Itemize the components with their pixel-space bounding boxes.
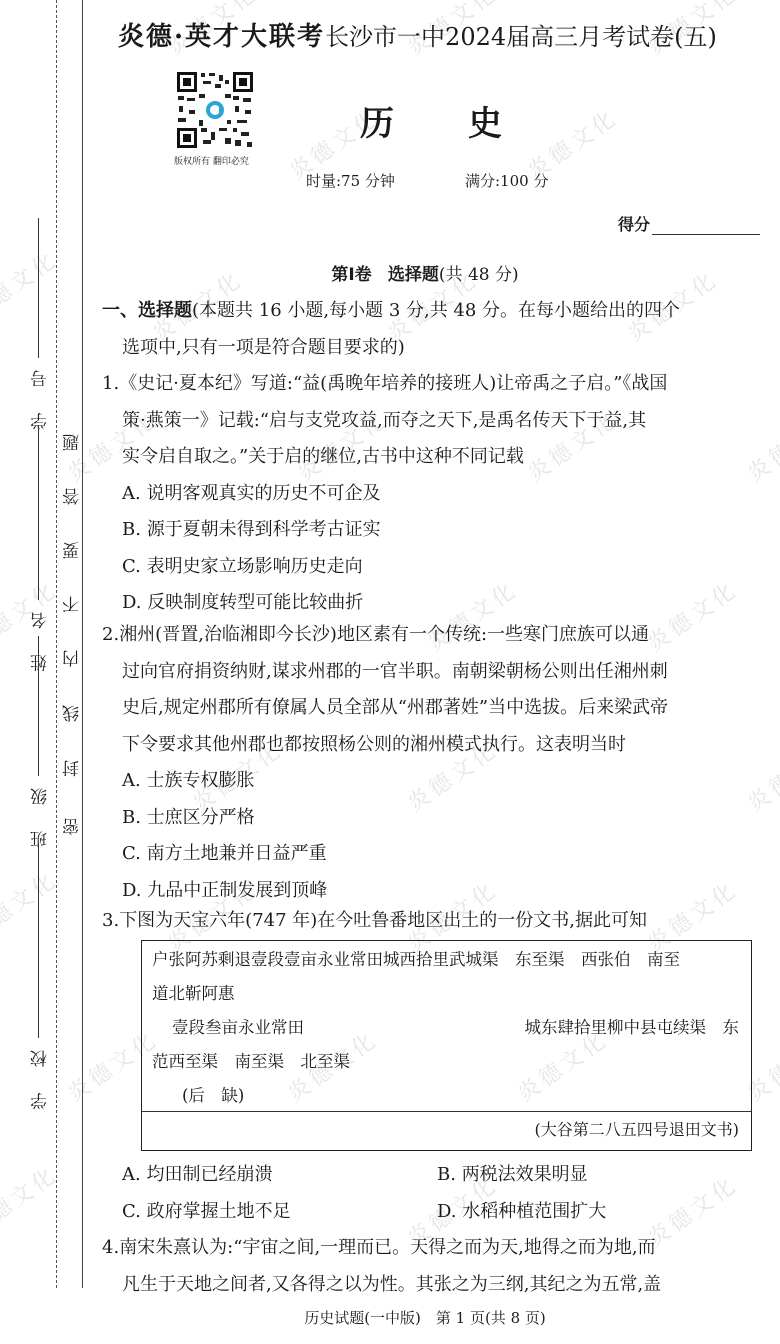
seal-char: 封 xyxy=(60,760,85,777)
historical-document-box: 户张阿苏剩退壹段壹亩永业常田城西拾里武城渠 东至渠 西张伯 南至 道北靳阿惠 壹… xyxy=(141,940,752,1151)
option-key: C. xyxy=(122,1201,141,1222)
question-stem-line: 《史记·夏本纪》写道:“益(禹晚年培养的接班人)让帝禹之子启。”《战国 xyxy=(119,373,667,394)
seal-char: 要 xyxy=(60,542,85,559)
question-3-options: A. 均田制已经崩溃 B. 两税法效果明显 C. 政府掌握土地不足 D. 水稻种… xyxy=(102,1157,767,1230)
section-points: (共 48 分) xyxy=(439,265,519,285)
document-line: 范西至渠 南至渠 北至渠 xyxy=(142,1045,751,1079)
question-number: 1. xyxy=(102,373,119,394)
question-number: 4. xyxy=(102,1237,119,1258)
question-4: 4.南宋朱熹认为:“宇宙之间,一理而已。天得之而为天,地得之而为地,而 凡生于天… xyxy=(102,1230,767,1303)
seal-char: 不 xyxy=(60,596,85,613)
school-field-line xyxy=(38,843,39,1038)
seal-char: 内 xyxy=(60,650,85,667)
option-text: 南方土地兼并日益严重 xyxy=(147,843,327,864)
student-id-label: 学 号 xyxy=(28,360,53,429)
option-d[interactable]: D. 水稻种植范围扩大 xyxy=(437,1194,606,1231)
brand-name: 炎德·英才大联考 xyxy=(118,22,325,52)
seal-char: 密 xyxy=(60,818,85,835)
score-label: 得分 xyxy=(618,215,650,234)
document-line-right: 城东肆拾里柳中县屯续渠 东 xyxy=(525,1011,740,1045)
option-key: C. xyxy=(122,843,141,864)
document-line: 户张阿苏剩退壹段壹亩永业常田城西拾里武城渠 东至渠 西张伯 南至 xyxy=(142,943,751,977)
option-b[interactable]: B. 士庶区分严格 xyxy=(102,800,767,837)
section-type: 选择题 xyxy=(388,265,439,285)
option-c[interactable]: C. 表明史家立场影响历史走向 xyxy=(102,549,767,586)
page-footer: 历史试题(一中版) 第 1 页(共 8 页) xyxy=(0,1307,780,1328)
document-line-left: 壹段叁亩永业常田 xyxy=(152,1018,304,1037)
option-key: A. xyxy=(122,1164,141,1185)
school-label: 学 校 xyxy=(28,1040,53,1109)
option-text: 均田制已经崩溃 xyxy=(146,1164,272,1185)
question-1: 1.《史记·夏本纪》写道:“益(禹晚年培养的接班人)让帝禹之子启。”《战国 策·… xyxy=(102,366,767,622)
full-score: 满分:100 分 xyxy=(465,170,548,191)
option-text: 水稻种植范围扩大 xyxy=(462,1201,606,1222)
time-limit: 时量:75 分钟 xyxy=(306,170,395,191)
watermark: 炎德文化 xyxy=(0,863,64,948)
name-field-line xyxy=(38,425,39,600)
subject-char-1: 历 xyxy=(360,96,394,145)
binding-line xyxy=(82,0,83,1288)
question-2: 2.湘州(晋置,治临湘即今长沙)地区素有一个传统:一些寒门庶族可以通 过向官府捐… xyxy=(102,617,767,909)
question-number: 2. xyxy=(102,624,119,645)
option-text: 源于夏朝未得到科学考古证实 xyxy=(147,519,381,540)
qr-code-icon xyxy=(175,70,255,150)
option-text: 政府掌握土地不足 xyxy=(147,1201,291,1222)
score-field: 得分 xyxy=(618,212,760,235)
part-one-heading: 一、选择题 xyxy=(102,300,192,321)
question-stem-line: 凡生于天地之间者,又各得之以为性。其张之为三纲,其纪之为五常,盖 xyxy=(102,1267,767,1304)
option-text: 士族专权膨胀 xyxy=(146,770,254,791)
option-c[interactable]: C. 南方土地兼并日益严重 xyxy=(102,836,767,873)
option-b[interactable]: B. 两税法效果明显 xyxy=(437,1157,588,1194)
option-text: 九品中正制发展到顶峰 xyxy=(147,880,327,901)
instruction-line: (本题共 16 小题,每小题 3 分,共 48 分。在每小题给出的四个 xyxy=(192,300,680,321)
section-part: 第Ⅰ卷 xyxy=(331,265,371,285)
option-b[interactable]: B. 源于夏朝未得到科学考古证实 xyxy=(102,512,767,549)
watermark: 炎德文化 xyxy=(0,1158,64,1243)
option-key: D. xyxy=(122,592,142,613)
option-key: A. xyxy=(122,483,141,504)
instruction-line: 选项中,只有一项是符合题目要求的) xyxy=(102,330,767,367)
question-3: 3.下图为天宝六年(747 年)在今吐鲁番地区出土的一份文书,据此可知 xyxy=(102,903,767,940)
part-one-instructions: 一、选择题(本题共 16 小题,每小题 3 分,共 48 分。在每小题给出的四个… xyxy=(102,293,767,366)
option-a[interactable]: A. 士族专权膨胀 xyxy=(102,763,767,800)
question-stem-line: 南宋朱熹认为:“宇宙之间,一理而已。天得之而为天,地得之而为地,而 xyxy=(119,1237,655,1258)
document-line-3: 壹段叁亩永业常田 城东肆拾里柳中县屯续渠 东 xyxy=(142,1011,751,1045)
class-label: 班 级 xyxy=(28,778,53,847)
question-number: 3. xyxy=(102,910,119,931)
seal-char: 答 xyxy=(60,488,85,505)
watermark: 炎德文化 xyxy=(0,243,64,328)
seal-char: 线 xyxy=(60,705,85,722)
question-stem-line: 实令启自取之。”关于启的继位,古书中这种不同记载 xyxy=(102,439,767,476)
option-key: B. xyxy=(437,1164,456,1185)
question-stem-line: 过向官府捐资纳财,谋求州郡的一官半职。南朝梁朝杨公则出任湘州刺 xyxy=(102,654,767,691)
option-text: 两税法效果明显 xyxy=(462,1164,588,1185)
question-stem-line: 史后,规定州郡所有僚属人员全部从“州郡著姓”当中选拔。后来梁武帝 xyxy=(102,690,767,727)
document-line: 道北靳阿惠 xyxy=(142,977,751,1011)
option-text: 士庶区分严格 xyxy=(147,807,255,828)
seal-char: 题 xyxy=(60,434,85,451)
option-key: A. xyxy=(122,770,141,791)
option-text: 说明客观真实的历史不可企及 xyxy=(146,483,380,504)
option-key: B. xyxy=(122,519,141,540)
option-key: C. xyxy=(122,556,141,577)
question-stem-line: 下图为天宝六年(747 年)在今吐鲁番地区出土的一份文书,据此可知 xyxy=(119,910,647,931)
class-field-line xyxy=(38,636,39,776)
option-key: D. xyxy=(122,880,142,901)
option-c[interactable]: C. 政府掌握土地不足 xyxy=(102,1194,437,1231)
document-line: (后 缺) xyxy=(142,1079,751,1113)
option-key: D. xyxy=(437,1201,457,1222)
option-key: B. xyxy=(122,807,141,828)
student-id-field-line xyxy=(38,218,39,358)
option-a[interactable]: A. 说明客观真实的历史不可企及 xyxy=(102,476,767,513)
cut-line-dotted xyxy=(56,0,57,1288)
document-source: (大谷第二八五四号退田文书) xyxy=(535,1115,740,1145)
document-divider xyxy=(142,1111,751,1112)
exam-title: 长沙市一中2024届高三月考试卷(五) xyxy=(325,23,717,51)
option-a[interactable]: A. 均田制已经崩溃 xyxy=(102,1157,437,1194)
option-text: 表明史家立场影响历史走向 xyxy=(147,556,363,577)
question-stem-line: 湘州(晋置,治临湘即今长沙)地区素有一个传统:一些寒门庶族可以通 xyxy=(119,624,649,645)
question-stem-line: 策·燕策一》记载:“启与支党攻益,而夺之天下,是禹名传天下于益,其 xyxy=(102,403,767,440)
question-stem-line: 下令要求其他州郡也都按照杨公则的湘州模式执行。这表明当时 xyxy=(102,727,767,764)
section-title: 第Ⅰ卷 选择题(共 48 分) xyxy=(0,260,780,285)
score-blank xyxy=(652,218,760,235)
option-text: 反映制度转型可能比较曲折 xyxy=(147,592,363,613)
qr-caption: 版权所有 翻印必究 xyxy=(174,154,249,167)
subject-char-2: 史 xyxy=(468,96,502,145)
name-label: 姓 名 xyxy=(28,602,53,671)
exam-header: 炎德·英才大联考长沙市一中2024届高三月考试卷(五) xyxy=(118,16,717,53)
